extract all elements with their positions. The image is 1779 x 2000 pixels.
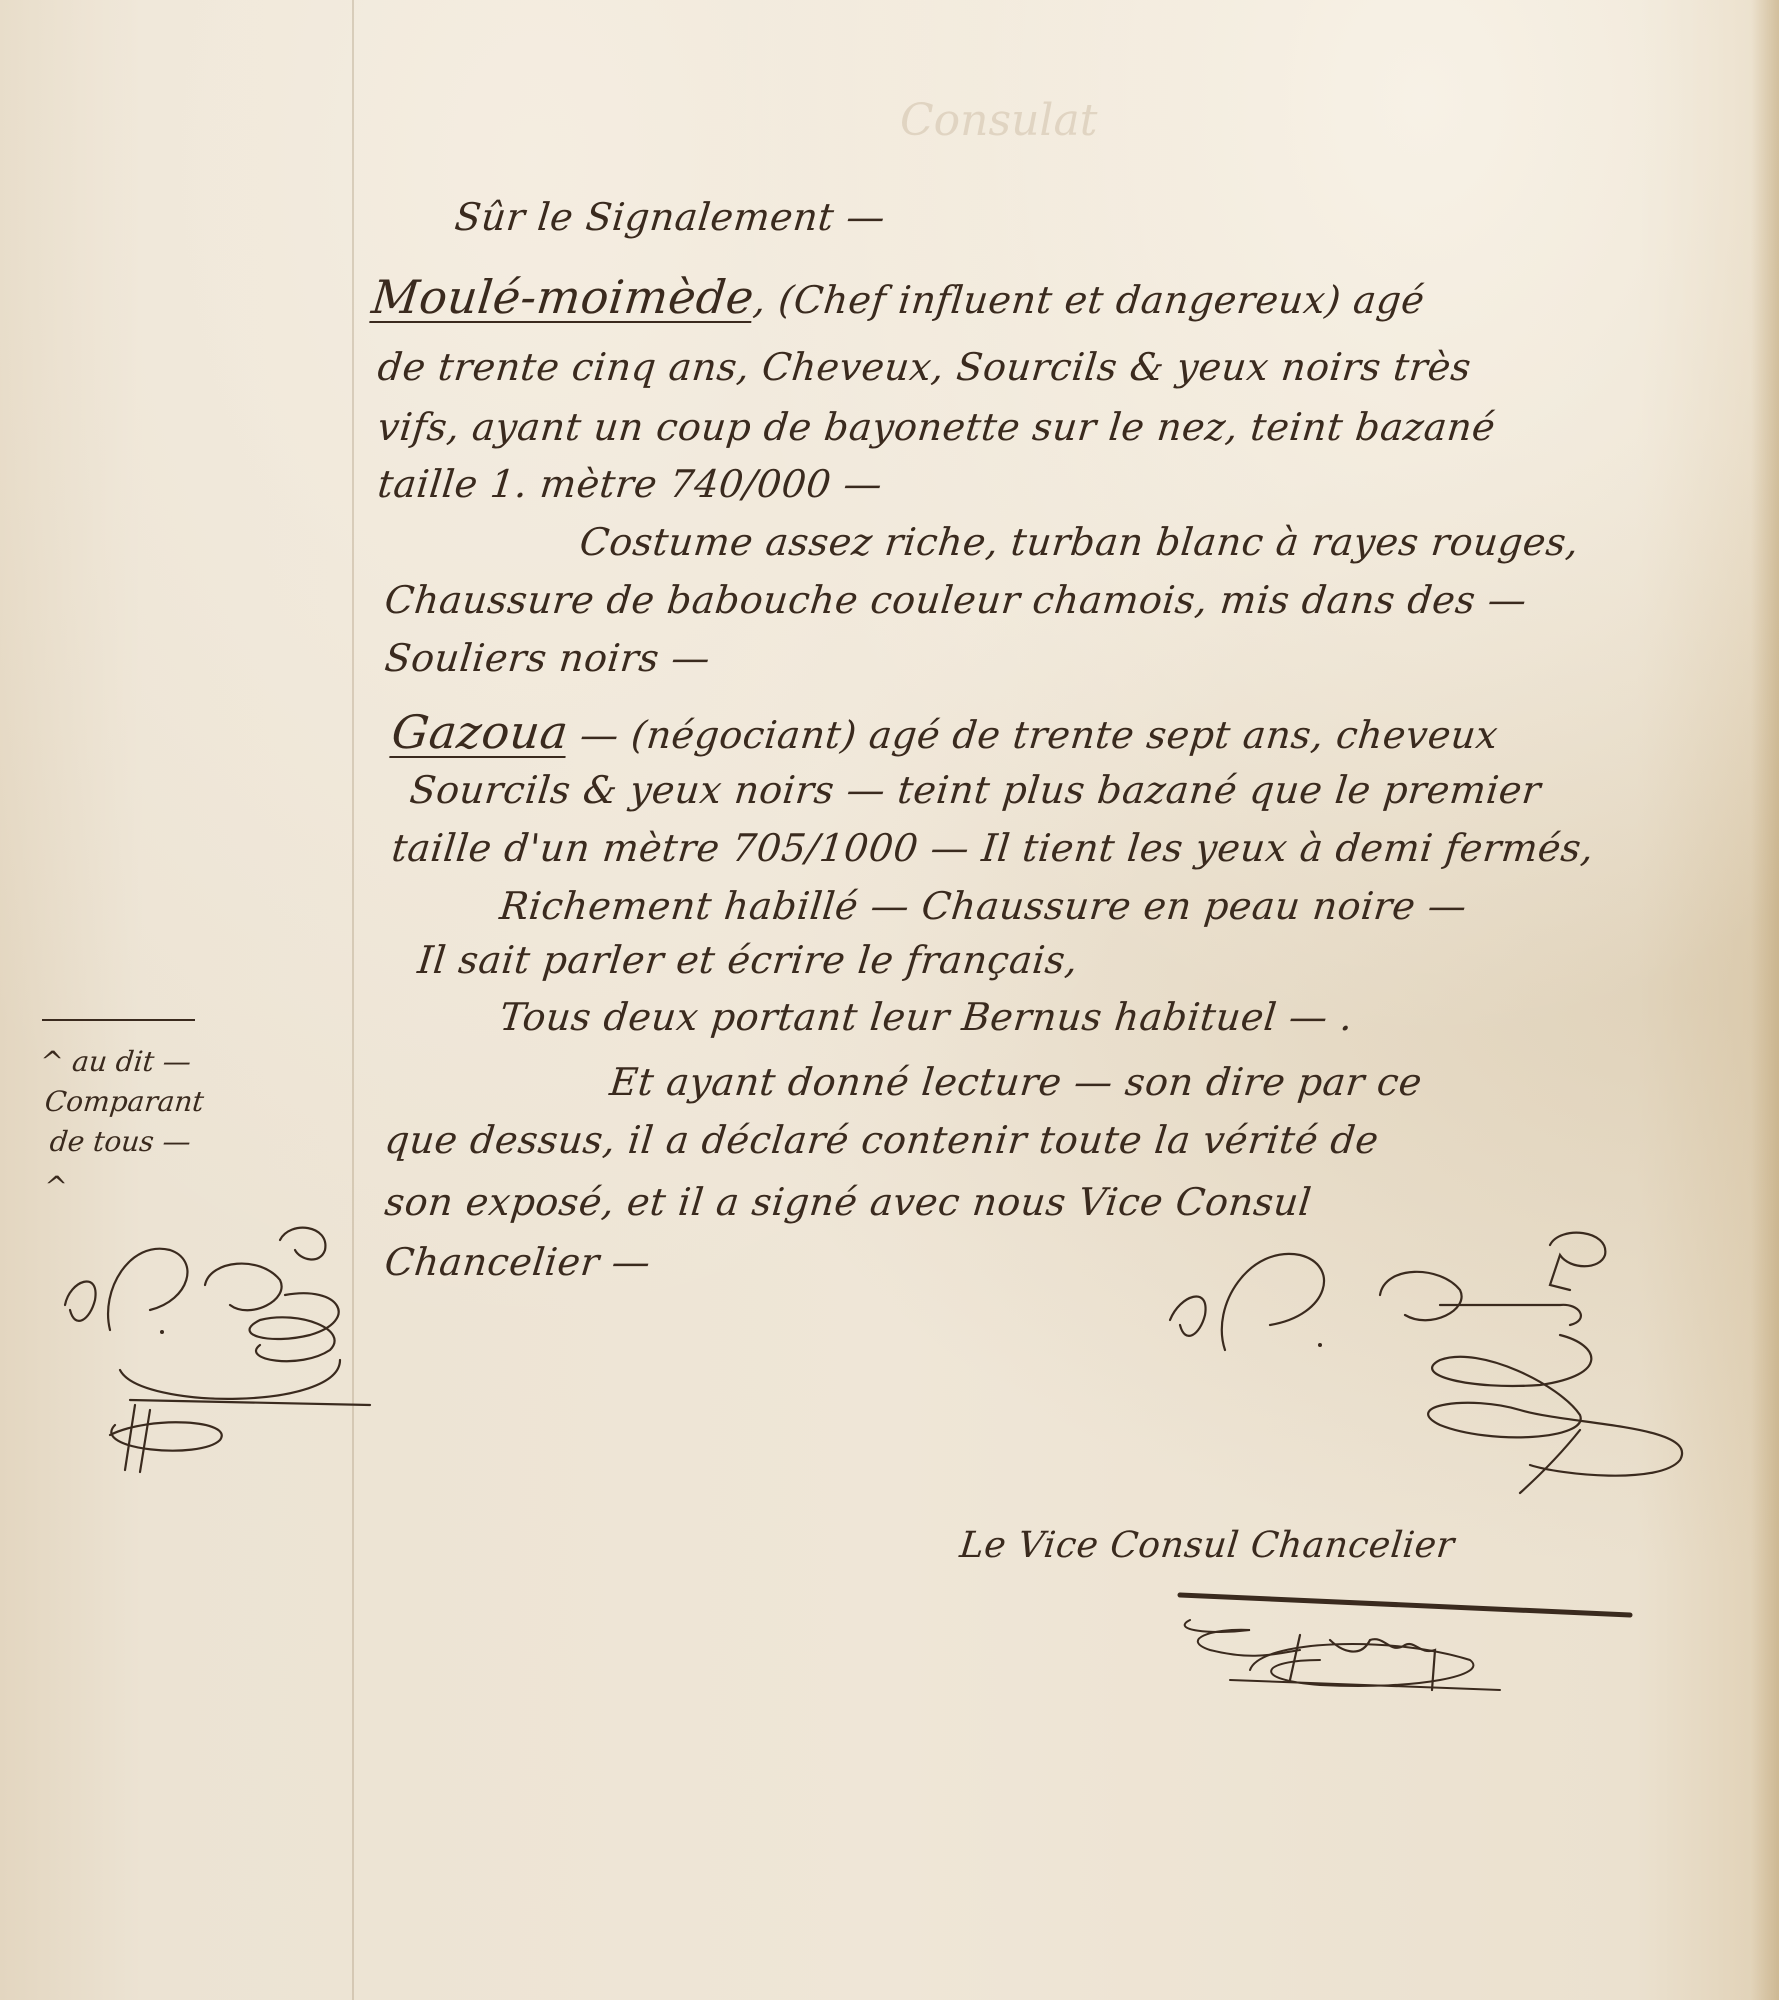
caret-icon: ^ — [38, 1045, 65, 1078]
person2-name: Gazoua — [389, 705, 571, 759]
closing-line5: Chancelier — — [383, 1240, 653, 1284]
manuscript-page: Consulat Sûr le Signalement — Moulé-moim… — [0, 0, 1779, 2000]
person1-line1-rest: , (Chef influent et dangereux) agé — [751, 278, 1426, 322]
person2-line1-rest: — (négociant) agé de trente sept ans, ch… — [566, 713, 1501, 757]
person2-line1: Gazoua — (négociant) agé de trente sept … — [389, 705, 1501, 759]
margin-note-line3: de tous — — [48, 1125, 192, 1158]
closing-line3: que dessus, il a déclaré contenir toute … — [383, 1118, 1381, 1162]
person2-line4: Richement habillé — Chaussure en peau no… — [498, 884, 1469, 928]
margin-note-line2: Comparant — [43, 1085, 205, 1118]
person1-name: Moulé-moimède — [369, 270, 757, 324]
person2-line2: Sourcils & yeux noirs — teint plus bazan… — [408, 768, 1543, 812]
signatory-title: Le Vice Consul Chancelier — [958, 1525, 1457, 1566]
closing-line4: son exposé, et il a signé avec nous Vice… — [383, 1180, 1314, 1224]
intro-line: Sûr le Signalement — — [453, 195, 888, 239]
person1-line1: Moulé-moimède, (Chef influent et dangere… — [369, 270, 1427, 324]
person2-line5: Il sait parler et écrire le français, — [416, 938, 1080, 982]
person1-line4: taille 1. mètre 740/000 — — [376, 462, 885, 506]
faint-printed-header: Consulat — [900, 95, 1097, 146]
margin-rule — [352, 0, 354, 2000]
person1-line5: Costume assez riche, turban blanc à raye… — [578, 520, 1581, 564]
caret-icon: ^ — [42, 1170, 69, 1203]
person1-line2: de trente cinq ans, Cheveux, Sourcils & … — [376, 345, 1474, 389]
closing-line2: Et ayant donné lecture — son dire par ce — [608, 1060, 1425, 1104]
person1-line6: Chaussure de babouche couleur chamois, m… — [383, 578, 1529, 622]
margin-note-line1: ^ au dit — — [38, 1045, 193, 1078]
page-edge-shadow — [1751, 0, 1779, 2000]
signature-bottom-flourish — [1170, 1580, 1650, 1700]
margin-note-text1: au dit — — [71, 1045, 193, 1078]
closing-line1: Tous deux portant leur Bernus habituel —… — [498, 995, 1356, 1039]
margin-rule-short — [40, 1015, 200, 1025]
person1-line3: vifs, ayant un coup de bayonette sur le … — [376, 405, 1498, 449]
person1-line7: Souliers noirs — — [383, 636, 713, 680]
person2-line3: taille d'un mètre 705/1000 — Il tient le… — [390, 826, 1596, 870]
signature-left-flourish — [40, 1210, 380, 1490]
signature-right-flourish — [1140, 1225, 1700, 1505]
